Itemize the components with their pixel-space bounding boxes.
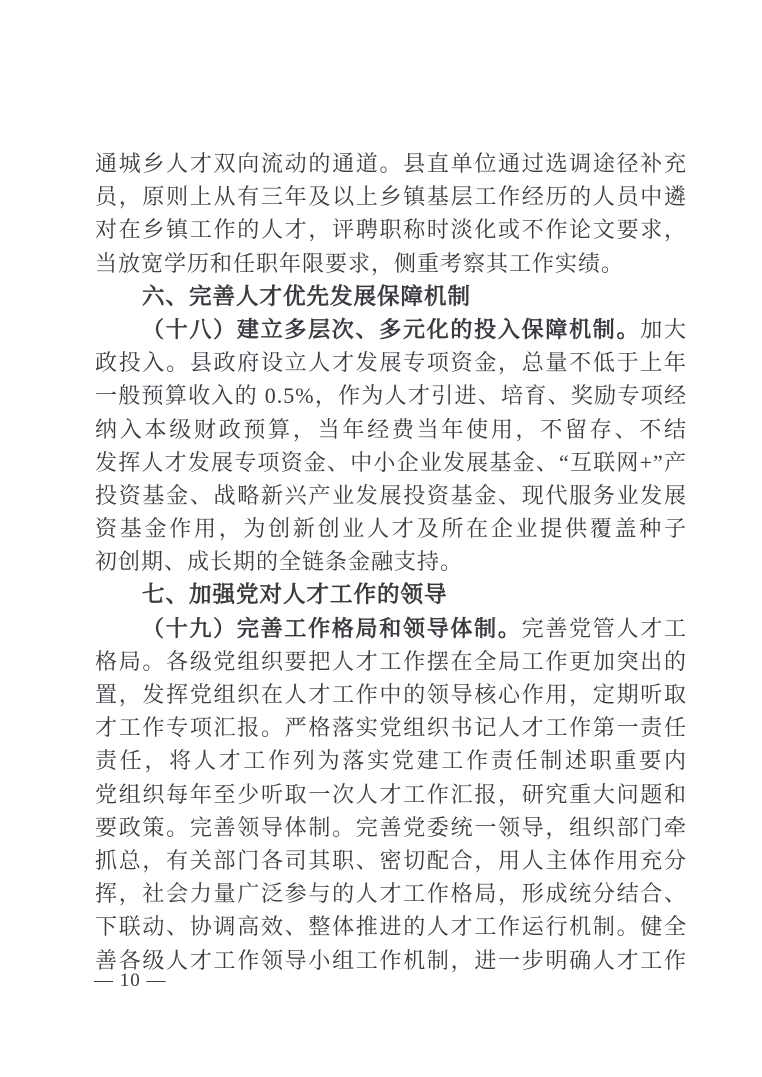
- text-line: 善各级人才工作领导小组工作机制，进一步明确人才工作领: [95, 944, 687, 977]
- text-line: （十八）建立多层次、多元化的投入保障机制。加大财: [95, 313, 687, 346]
- text-segment: 置，发挥党组织在人才工作中的领导核心作用，定期听取人: [95, 682, 687, 711]
- section-heading: 六、完善人才优先发展保障机制: [95, 280, 687, 313]
- bold-text-segment: （十八）建立多层次、多元化的投入保障机制。: [142, 317, 640, 342]
- text-segment: 发挥人才发展专项资金、中小企业发展基金、“互联网+”产业: [95, 450, 687, 479]
- document-body: 通城乡人才双向流动的通道。县直单位通过选调途径补充人员，原则上从有三年及以上乡镇…: [95, 147, 687, 977]
- text-line: 政投入。县政府设立人才发展专项资金，总量不低于上年度: [95, 346, 687, 379]
- document-page: 通城乡人才双向流动的通道。县直单位通过选调途径补充人员，原则上从有三年及以上乡镇…: [0, 0, 762, 1077]
- text-line: 格局。各级党组织要把人才工作摆在全局工作更加突出的位: [95, 645, 687, 678]
- text-segment: 当放宽学历和任职年限要求，侧重考察其工作实绩。: [95, 251, 624, 276]
- bold-text-segment: 六、完善人才优先发展保障机制: [142, 284, 471, 309]
- text-segment: 初创期、成长期的全链条金融支持。: [95, 549, 463, 574]
- text-line: 初创期、成长期的全链条金融支持。: [95, 545, 687, 578]
- text-segment: 一般预算收入的 0.5%，作为人才引进、培育、奖励专项经费，: [95, 383, 687, 412]
- text-segment: 要政策。完善领导体制。完善党委统一领导，组织部门牵头: [95, 815, 687, 844]
- text-segment: 善各级人才工作领导小组工作机制，进一步明确人才工作领: [95, 948, 687, 977]
- bold-text-segment: （十九）完善工作格局和领导体制。: [142, 616, 522, 641]
- text-segment: 下联动、协调高效、整体推进的人才工作运行机制。健全完: [95, 914, 687, 943]
- text-segment: 格局。各级党组织要把人才工作摆在全局工作更加突出的位: [95, 649, 687, 678]
- text-line: 纳入本级财政预算，当年经费当年使用，不留存、不结转。: [95, 413, 687, 446]
- text-segment: 资基金作用，为创新创业人才及所在企业提供覆盖种子期、: [95, 516, 687, 545]
- text-line: 才工作专项汇报。严格落实党组织书记人才工作第一责任人: [95, 711, 687, 744]
- text-segment: 对在乡镇工作的人才，评聘职称时淡化或不作论文要求，适: [95, 217, 687, 246]
- text-line: 发挥人才发展专项资金、中小企业发展基金、“互联网+”产业: [95, 446, 687, 479]
- text-segment: 挥，社会力量广泛参与的人才工作格局，形成统分结合、上: [95, 881, 687, 910]
- section-heading: 七、加强党对人才工作的领导: [95, 578, 687, 611]
- text-line: 置，发挥党组织在人才工作中的领导核心作用，定期听取人: [95, 678, 687, 711]
- text-segment: 通城乡人才双向流动的通道。县直单位通过选调途径补充人: [95, 151, 687, 180]
- text-segment: 政投入。县政府设立人才发展专项资金，总量不低于上年度: [95, 350, 687, 379]
- text-line: 当放宽学历和任职年限要求，侧重考察其工作实绩。: [95, 247, 687, 280]
- text-line: 对在乡镇工作的人才，评聘职称时淡化或不作论文要求，适: [95, 213, 687, 246]
- text-line: 通城乡人才双向流动的通道。县直单位通过选调途径补充人: [95, 147, 687, 180]
- page-number: — 10 —: [94, 969, 167, 993]
- text-line: 下联动、协调高效、整体推进的人才工作运行机制。健全完: [95, 910, 687, 943]
- text-line: 抓总，有关部门各司其职、密切配合，用人主体作用充分发: [95, 844, 687, 877]
- text-segment: 责任，将人才工作列为落实党建工作责任制述职重要内容。: [95, 748, 687, 777]
- text-line: 党组织每年至少听取一次人才工作汇报，研究重大问题和重: [95, 778, 687, 811]
- text-segment: 员，原则上从有三年及以上乡镇基层工作经历的人员中遴选。: [95, 184, 687, 213]
- text-segment: 抓总，有关部门各司其职、密切配合，用人主体作用充分发: [95, 848, 687, 877]
- text-line: （十九）完善工作格局和领导体制。完善党管人才工作: [95, 612, 687, 645]
- bold-text-segment: 七、加强党对人才工作的领导: [142, 582, 448, 607]
- text-segment: 党组织每年至少听取一次人才工作汇报，研究重大问题和重: [95, 782, 687, 811]
- text-line: 资基金作用，为创新创业人才及所在企业提供覆盖种子期、: [95, 512, 687, 545]
- text-line: 投资基金、战略新兴产业发展投资基金、现代服务业发展投: [95, 479, 687, 512]
- text-line: 员，原则上从有三年及以上乡镇基层工作经历的人员中遴选。: [95, 180, 687, 213]
- text-segment: 纳入本级财政预算，当年经费当年使用，不留存、不结转。: [95, 417, 687, 446]
- text-line: 要政策。完善领导体制。完善党委统一领导，组织部门牵头: [95, 811, 687, 844]
- text-line: 一般预算收入的 0.5%，作为人才引进、培育、奖励专项经费，: [95, 379, 687, 412]
- text-line: 挥，社会力量广泛参与的人才工作格局，形成统分结合、上: [95, 877, 687, 910]
- text-line: 责任，将人才工作列为落实党建工作责任制述职重要内容。: [95, 744, 687, 777]
- text-segment: 投资基金、战略新兴产业发展投资基金、现代服务业发展投: [95, 483, 687, 512]
- text-segment: 才工作专项汇报。严格落实党组织书记人才工作第一责任人: [95, 715, 687, 744]
